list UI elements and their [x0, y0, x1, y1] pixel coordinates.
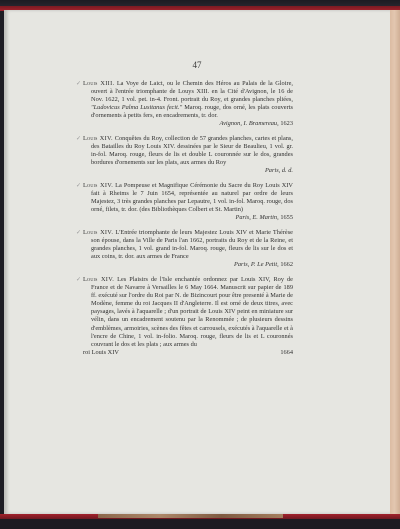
pencil-check-mark-icon: ✓: [76, 276, 81, 284]
entry-description: Les Plaisirs de l'Isle enchantée ordonne…: [91, 276, 293, 348]
entry-imprint: roi Louis XIV 1664: [91, 349, 293, 357]
catalogue-entry: ✓ Louis XIV. La Pompeuse et Magnifique C…: [83, 182, 293, 222]
entry-last-line: roi Louis XIV: [91, 349, 119, 357]
entry-year: 1623: [280, 120, 293, 127]
entry-imprint: Avignon, I. Bramereau, 1623: [91, 120, 293, 128]
entry-publisher: Paris, E. Martin,: [236, 214, 279, 221]
catalogue-entry: ✓ Louis XIV. L'Entrée triomphante de leu…: [83, 229, 293, 269]
entry-imprint: Paris, E. Martin, 1655: [91, 214, 293, 222]
catalogue-entries: ✓ Louis XIII. La Voye de Laict, ou le Ch…: [83, 80, 293, 363]
entry-heading: Louis XIV.: [83, 182, 113, 189]
entry-imprint: Paris, P. Le Petit, 1662: [91, 261, 293, 269]
pencil-check-mark-icon: ✓: [76, 135, 81, 143]
catalogue-entry: ✓ Louis XIV. Les Plaisirs de l'Isle ench…: [83, 276, 293, 357]
catalogue-entry: ✓ Louis XIV. Conquêtes du Roy, collectio…: [83, 135, 293, 175]
book-page: 47 ✓ Louis XIII. La Voye de Laict, ou le…: [4, 10, 390, 514]
entry-publisher: Paris, P. Le Petit,: [234, 261, 279, 268]
page-number: 47: [4, 60, 390, 70]
entry-year: 1664: [288, 349, 293, 357]
entry-heading: Louis XIV.: [83, 135, 113, 142]
entry-heading: Louis XIV.: [83, 276, 114, 283]
entry-publisher: Avignon, I. Bramereau,: [220, 120, 279, 127]
entry-description: Conquêtes du Roy, collection de 57 grand…: [91, 135, 293, 166]
entry-publisher: Paris, d. d.: [265, 167, 293, 174]
pencil-check-mark-icon: ✓: [76, 229, 81, 237]
pencil-check-mark-icon: ✓: [76, 80, 81, 88]
entry-inscription: "Ludovicus Palma Lusitanus fecit.": [91, 104, 182, 111]
catalogue-entry: ✓ Louis XIII. La Voye de Laict, ou le Ch…: [83, 80, 293, 129]
worn-gilt-edge: [98, 514, 283, 518]
entry-description: La Voye de Laict, ou le Chemin des Héros…: [91, 80, 293, 103]
page-fore-edge: [389, 10, 400, 515]
entry-description: La Pompeuse et Magnifique Cérémonie du S…: [91, 182, 293, 213]
entry-description: L'Entrée triomphante de leurs Majestez L…: [91, 229, 293, 260]
entry-heading: Louis XIII.: [83, 80, 114, 87]
entry-year: 1655: [280, 214, 293, 221]
pencil-check-mark-icon: ✓: [76, 182, 81, 190]
entry-year: 1662: [280, 261, 293, 268]
entry-heading: Louis XIV.: [83, 229, 113, 236]
book-board-bottom: [0, 519, 400, 529]
entry-imprint: Paris, d. d.: [91, 167, 293, 175]
